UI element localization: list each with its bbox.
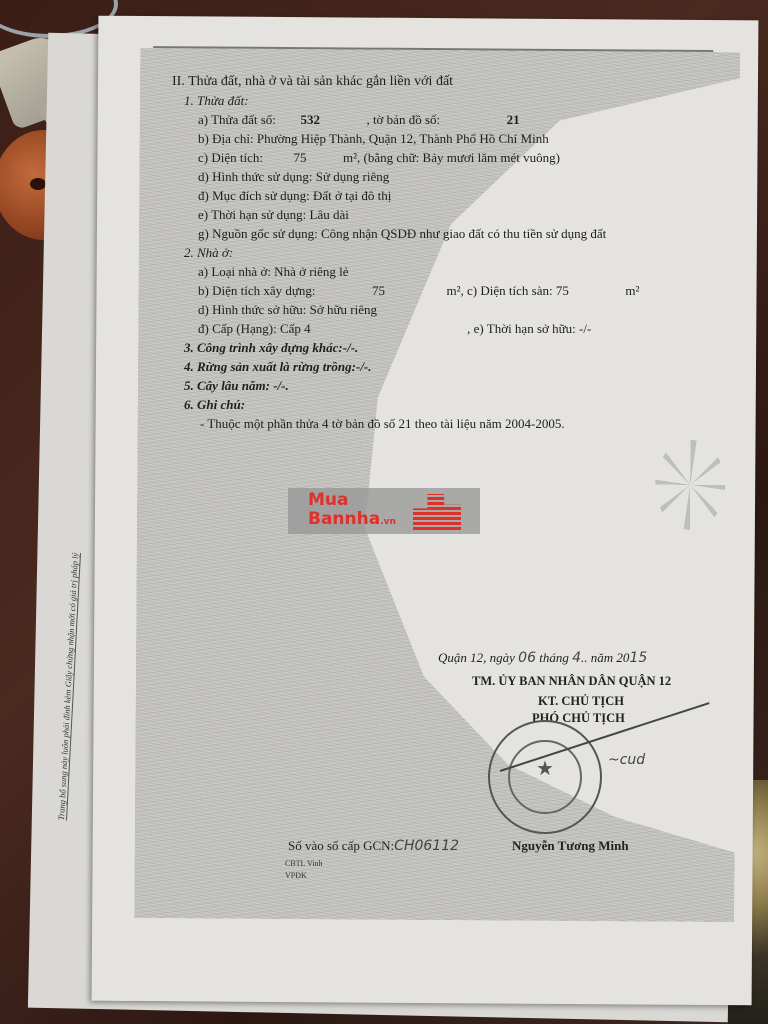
floor-area-label: m², c) Diện tích sàn: <box>447 283 553 298</box>
build-area-label: b) Diện tích xây dựng: <box>198 283 316 298</box>
star-mark <box>655 440 726 530</box>
other-works: 3. Công trình xây dựng khác:-/-. <box>172 338 732 357</box>
date-month: 4 <box>572 650 581 666</box>
date-prefix: Quận 12, ngày <box>438 650 515 665</box>
parcel-label: a) Thửa đất số: <box>198 112 276 127</box>
registry-office-mark: CBTL Vinh VPĐK <box>285 858 323 882</box>
land-address: b) Địa chỉ: Phường Hiệp Thành, Quận 12, … <box>172 129 732 148</box>
gcn-number: CH06112 <box>394 838 459 854</box>
kt-chairman: KT. CHỦ TỊCH <box>538 694 624 709</box>
date-year-label: năm 20 <box>591 650 630 665</box>
building-icon <box>413 494 461 530</box>
perennial-trees: 5. Cây lâu năm: -/-. <box>172 376 732 395</box>
state-emblem-icon: ★ <box>536 756 554 781</box>
watermark-line2: Bannha <box>308 509 380 529</box>
official-seal: ★ <box>488 720 602 834</box>
issuing-authority: TM. ỦY BAN NHÂN DÂN QUẬN 12 <box>472 674 671 689</box>
usage-purpose: đ) Mục đích sử dụng: Đất ở tại đô thị <box>172 186 732 205</box>
ownership-form: d) Hình thức sở hữu: Sở hữu riêng <box>172 300 732 319</box>
area-in-words: m², (bằng chữ: Bảy mươi lăm mét vuông) <box>343 150 560 165</box>
ownership-term: , e) Thời hạn sở hữu: -/- <box>467 321 591 336</box>
usage-form: d) Hình thức sử dụng: Sử dụng riêng <box>172 167 732 186</box>
house-type: a) Loại nhà ở: Nhà ở riêng lẻ <box>172 262 732 281</box>
house-grade-row: đ) Cấp (Hạng): Cấp 4 , e) Thời hạn sở hữ… <box>172 319 732 338</box>
issue-date: Quận 12, ngày 06 tháng 4.. năm 2015 <box>438 650 647 666</box>
watermark-tld: .vn <box>380 517 396 527</box>
build-area-value: 75 <box>372 283 385 298</box>
signature-icon: ~cud <box>608 752 645 768</box>
floor-area-unit: m² <box>625 283 639 298</box>
signer-name: Nguyễn Tương Minh <box>512 838 629 854</box>
gcn-registry: Số vào sổ cấp GCN:CH06112 <box>288 838 459 854</box>
date-year: 15 <box>629 650 647 666</box>
pendant-hole <box>30 178 46 190</box>
seal-inner-ring: ★ <box>508 740 582 814</box>
area-label: c) Diện tích: <box>198 150 263 165</box>
gcn-label: Số vào sổ cấp GCN: <box>288 838 394 853</box>
date-month-label: tháng <box>539 650 569 665</box>
usage-origin: g) Nguồn gốc sử dụng: Công nhận QSDĐ như… <box>172 224 732 243</box>
notes-heading: 6. Ghi chú: <box>172 395 732 414</box>
note-item: - Thuộc một phần thửa 4 tờ bản đồ số 21 … <box>172 414 732 433</box>
map-sheet-label: , tờ bản đồ số: <box>366 112 440 127</box>
document-body: II. Thửa đất, nhà ở và tài sản khác gắn … <box>172 72 732 433</box>
section-title: II. Thửa đất, nhà ở và tài sản khác gắn … <box>172 72 732 91</box>
parcel-number: 532 <box>300 112 320 127</box>
date-day: 06 <box>518 650 536 666</box>
house-heading: 2. Nhà ở: <box>172 243 732 262</box>
house-area-row: b) Diện tích xây dựng: 75 m², c) Diện tí… <box>172 281 732 300</box>
house-grade: đ) Cấp (Hạng): Cấp 4 <box>198 321 311 336</box>
land-parcel-row: a) Thửa đất số: 532 , tờ bản đồ số: 21 <box>172 110 732 129</box>
land-heading: 1. Thửa đất: <box>172 91 732 110</box>
floor-area-value: 75 <box>556 283 569 298</box>
land-area-row: c) Diện tích: 75 m², (bằng chữ: Bảy mươi… <box>172 148 732 167</box>
production-forest: 4. Rừng sản xuất là rừng trồng:-/-. <box>172 357 732 376</box>
watermark-line1: Mua <box>308 491 396 510</box>
area-value: 75 <box>293 150 306 165</box>
map-sheet-number: 21 <box>507 112 520 127</box>
usage-term: e) Thời hạn sử dụng: Lâu dài <box>172 205 732 224</box>
watermark-logo: Mua Bannha.vn <box>288 488 480 534</box>
